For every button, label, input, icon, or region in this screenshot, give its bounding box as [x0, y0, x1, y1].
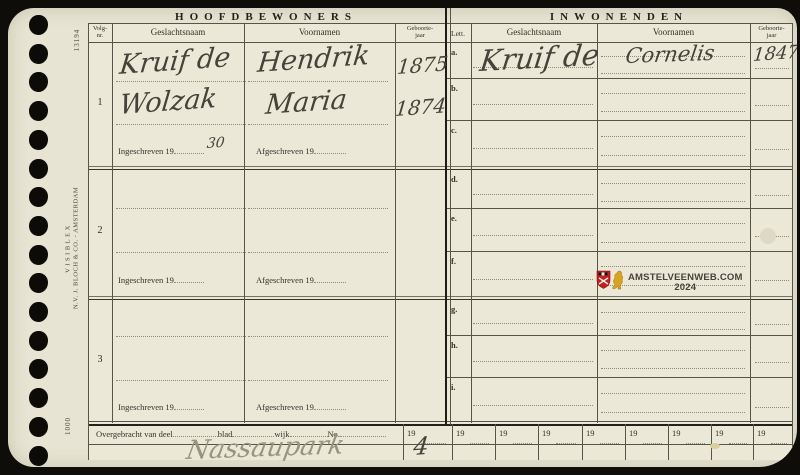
year-cell: 19	[668, 425, 711, 444]
col-header-volgnr-1: Volg-	[88, 25, 112, 32]
dotted-leader	[771, 436, 787, 444]
handwritten-birthyear: 1847	[752, 42, 797, 66]
col-header-birthyear-left-1: Geboorte-	[395, 25, 445, 32]
handwritten-surname: Kruif de	[118, 42, 232, 81]
dotted-leader	[513, 436, 532, 444]
right-section-title: INWONENDEN	[445, 11, 793, 23]
punch-hole	[29, 216, 48, 236]
write-line	[601, 111, 745, 112]
year-cell: 19	[495, 425, 538, 444]
write-line	[601, 136, 745, 137]
write-line	[116, 208, 246, 209]
punch-hole	[29, 302, 48, 322]
write-line	[116, 81, 246, 82]
write-line	[755, 362, 789, 363]
grid-line	[88, 23, 793, 24]
col-header-surname-left: Geslachtsnaam	[112, 27, 244, 37]
year-cell-label: 19	[629, 428, 638, 438]
write-line	[601, 73, 745, 74]
write-line	[601, 155, 745, 156]
punch-hole	[29, 72, 48, 92]
lodger-row-i: i.	[445, 377, 793, 423]
col-header-volgnr-2: nr.	[88, 32, 112, 39]
write-line	[473, 361, 593, 362]
punch-hole	[29, 273, 48, 293]
handwritten-ingeschreven-year: 30	[206, 135, 225, 152]
afgeschreven-label: Afgeschreven 19	[256, 146, 346, 156]
punch-hole	[29, 101, 48, 121]
year-cell-label: 19	[672, 428, 681, 438]
ingeschreven-text: Ingeschreven 19	[118, 402, 174, 412]
afgeschreven-text: Afgeschreven 19	[256, 402, 314, 412]
row-letter: a.	[451, 47, 457, 57]
register-card: 13194 VISIBLEX N.V. J. BLOCH & CO. - AMS…	[8, 8, 797, 467]
write-line	[473, 194, 593, 195]
handwritten-birthyear: 1875	[396, 51, 449, 79]
paper-stain	[760, 228, 776, 244]
lodger-row-c: c.	[445, 120, 793, 166]
punch-hole	[29, 15, 48, 35]
scanned-register-card-page: { "canvas": {"background": "#0e0d0a", "p…	[0, 0, 800, 475]
ingeschreven-text: Ingeschreven 19	[118, 146, 174, 156]
handwritten-firstnames: Cornelis	[624, 41, 716, 68]
ingeschreven-label: Ingeschreven 19	[118, 402, 204, 412]
year-cell: 19	[753, 425, 793, 444]
group-number: 1	[88, 97, 112, 108]
row-letter: c.	[451, 125, 457, 135]
row-letter: b.	[451, 83, 458, 93]
write-line	[116, 124, 246, 125]
row-letter: g.	[451, 304, 457, 314]
left-section-title: HOOFDBEWONERS	[86, 11, 446, 23]
lodger-row-d: d.	[445, 169, 793, 208]
write-line	[473, 235, 593, 236]
write-line	[248, 380, 388, 381]
ingeschreven-text: Ingeschreven 19	[118, 275, 174, 285]
resident-group-2: 2 Ingeschreven 19 Afgeschreven 19	[88, 169, 445, 296]
year-cell: 19	[582, 425, 625, 444]
punch-hole	[29, 359, 48, 379]
year-cells: 191919191919191919	[8, 425, 797, 444]
write-line	[116, 252, 246, 253]
write-line	[248, 252, 388, 253]
punch-hole	[29, 159, 48, 179]
write-line	[755, 68, 789, 69]
write-line	[601, 183, 745, 184]
brand-line1: VISIBLEX	[65, 176, 73, 321]
handwritten-house-number: 4	[412, 432, 430, 461]
write-line	[601, 312, 745, 313]
col-header-birthyear-right: Geboorte- jaar	[750, 25, 793, 39]
write-line	[755, 105, 789, 106]
write-line	[755, 324, 789, 325]
row-letter: d.	[451, 174, 458, 184]
handwritten-birthyear: 1874	[394, 93, 447, 121]
write-line	[473, 323, 593, 324]
group-number: 3	[88, 354, 112, 365]
write-line	[601, 350, 745, 351]
ingeschreven-label: Ingeschreven 19	[118, 146, 204, 156]
write-line	[755, 195, 789, 196]
write-line	[116, 380, 246, 381]
write-line	[473, 405, 593, 406]
write-line	[116, 336, 246, 337]
lodger-row-g: g.	[445, 299, 793, 335]
punch-hole	[29, 130, 48, 150]
row-letter: i.	[451, 382, 456, 392]
amstelveen-shield-icon	[596, 270, 611, 289]
dotted-leader	[314, 275, 346, 283]
grid-line	[538, 424, 539, 460]
write-line	[601, 266, 745, 267]
col-header-birthyear-left: Geboorte- jaar	[395, 25, 445, 39]
write-line	[601, 329, 745, 330]
grid-line	[452, 424, 453, 460]
watermark-year: 2024	[628, 283, 743, 293]
grid-line	[625, 424, 626, 460]
write-line	[473, 279, 593, 280]
year-cell-label: 19	[456, 428, 465, 438]
punch-hole	[29, 331, 48, 351]
lodger-row-h: h.	[445, 335, 793, 377]
grid-line	[403, 424, 404, 460]
dotted-leader	[729, 436, 747, 444]
write-line	[601, 242, 745, 243]
year-cell-label: 19	[542, 428, 551, 438]
write-line	[473, 148, 593, 149]
write-line	[755, 149, 789, 150]
watermark-text: AMSTELVEENWEB.COM 2024	[628, 273, 743, 293]
row-letter: h.	[451, 340, 458, 350]
resident-group-1: 1 Ingeschreven 19 Afgeschreven 19 Kruif …	[88, 42, 445, 166]
punch-hole	[29, 44, 48, 64]
write-line	[755, 407, 789, 408]
col-header-surname-right: Geslachtsnaam	[471, 27, 597, 37]
ingeschreven-label: Ingeschreven 19	[118, 275, 204, 285]
row-letter: f.	[451, 256, 456, 266]
dotted-leader	[686, 436, 705, 444]
afgeschreven-text: Afgeschreven 19	[256, 146, 314, 156]
handwritten-surname: Kruif de	[478, 37, 601, 78]
dotted-leader	[600, 436, 619, 444]
year-cell: 19	[711, 425, 753, 444]
year-cell-label: 19	[586, 428, 595, 438]
paper-stain	[710, 443, 720, 449]
watermark: AMSTELVEENWEB.COM 2024	[596, 270, 743, 293]
handwritten-street-name: Nassaupark	[184, 430, 347, 466]
grid-line	[495, 424, 496, 460]
row-letter: e.	[451, 213, 457, 223]
write-line	[601, 93, 745, 94]
grid-line	[668, 424, 669, 460]
col-header-birthyear-right-1: Geboorte-	[750, 25, 793, 32]
dotted-leader	[174, 146, 204, 154]
write-line	[473, 104, 593, 105]
write-line	[755, 280, 789, 281]
handwritten-firstnames: Maria	[264, 84, 348, 121]
col-header-birthyear-left-2: jaar	[395, 32, 445, 39]
lion-icon	[611, 270, 624, 290]
grid-line	[88, 296, 793, 297]
afgeschreven-text: Afgeschreven 19	[256, 275, 314, 285]
dotted-leader	[314, 402, 346, 410]
write-line	[248, 336, 388, 337]
punch-hole	[29, 446, 48, 466]
year-cell: 19	[538, 425, 582, 444]
punch-hole	[29, 245, 48, 265]
dotted-leader	[174, 402, 204, 410]
write-line	[601, 368, 745, 369]
lodger-row-e: e.	[445, 208, 793, 251]
write-line	[601, 393, 745, 394]
handwritten-firstnames: Hendrik	[256, 40, 371, 79]
dotted-leader	[470, 436, 489, 444]
punch-hole	[29, 187, 48, 207]
grid-line	[753, 424, 754, 460]
grid-line	[88, 166, 793, 167]
col-header-birthyear-right-2: jaar	[750, 32, 793, 39]
dotted-leader	[314, 146, 346, 154]
write-line	[601, 412, 745, 413]
write-line	[248, 208, 388, 209]
resident-group-3: 3 Ingeschreven 19 Afgeschreven 19	[88, 299, 445, 423]
write-line	[601, 201, 745, 202]
dotted-leader	[643, 436, 662, 444]
year-cell: 19	[452, 425, 495, 444]
col-header-firstnames-right: Voornamen	[597, 27, 750, 37]
year-cell-label: 19	[499, 428, 508, 438]
dotted-leader	[556, 436, 576, 444]
dotted-leader	[174, 275, 204, 283]
col-header-lett: Lett.	[445, 29, 471, 38]
afgeschreven-label: Afgeschreven 19	[256, 402, 346, 412]
year-cell-label: 19	[715, 428, 724, 438]
group-number: 2	[88, 225, 112, 236]
brand-line2: N.V. J. BLOCH & CO. - AMSTERDAM	[73, 176, 81, 321]
printer-brand: VISIBLEX N.V. J. BLOCH & CO. - AMSTERDAM	[65, 176, 81, 321]
handwritten-surname: Wolzak	[118, 83, 219, 121]
grid-line	[711, 424, 712, 460]
grid-line	[582, 424, 583, 460]
col-header-firstnames-left: Voornamen	[244, 27, 395, 37]
punch-hole	[29, 388, 48, 408]
write-line	[248, 81, 388, 82]
write-line	[601, 223, 745, 224]
lodger-row-b: b.	[445, 78, 793, 120]
afgeschreven-label: Afgeschreven 19	[256, 275, 346, 285]
write-line	[248, 124, 388, 125]
year-cell-label: 19	[757, 428, 766, 438]
col-header-volgnr: Volg- nr.	[88, 25, 112, 39]
year-cell: 19	[625, 425, 668, 444]
serial-top: 13194	[73, 20, 81, 60]
